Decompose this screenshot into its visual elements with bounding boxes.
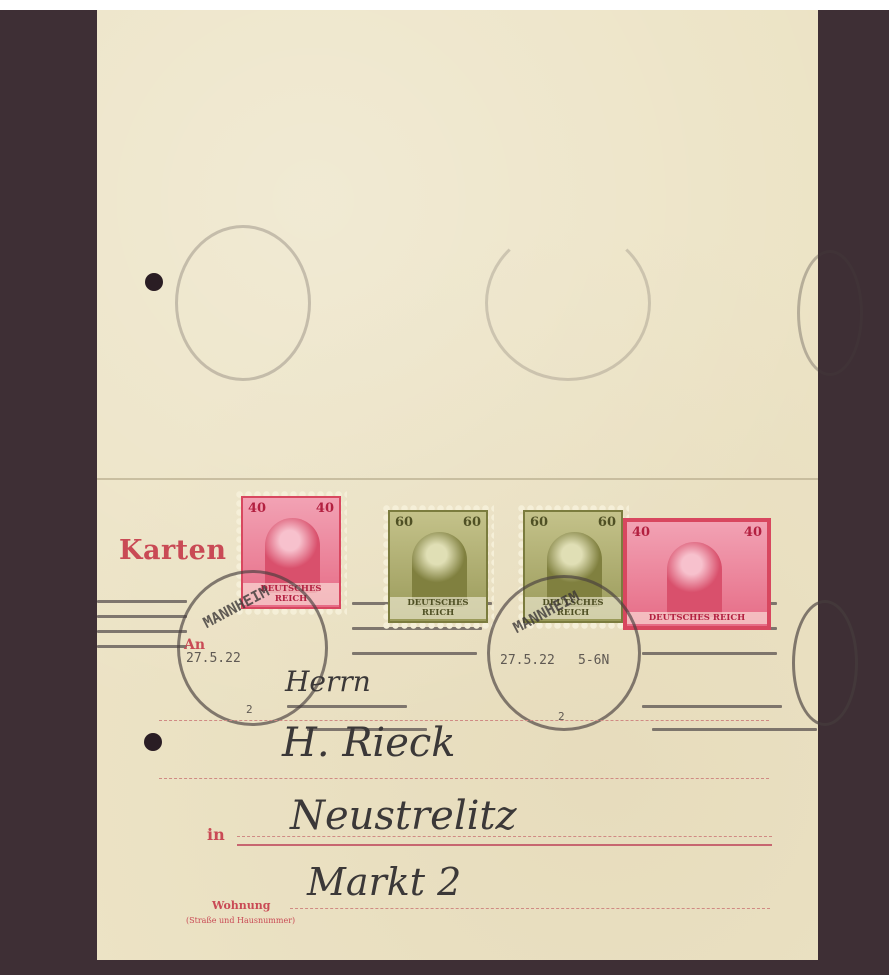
germania-portrait-icon [667, 542, 722, 617]
handwritten-salutation: Herrn [285, 665, 371, 698]
perforation-left [93, 10, 101, 960]
postmark-back-left [175, 225, 311, 381]
address-line-2 [159, 778, 769, 779]
residence-sublabel: (Straße und Hausnummer) [186, 916, 295, 925]
postmark-number: 2 [558, 710, 565, 723]
top-border [0, 0, 889, 10]
handwritten-name: H. Rieck [282, 720, 456, 766]
stamp-legend: DEUTSCHES REICH [627, 612, 767, 624]
postmark-back-right [797, 250, 863, 376]
punch-hole-top [145, 273, 163, 291]
cancel-bar [97, 630, 187, 633]
handwritten-street: Markt 2 [307, 860, 461, 904]
fold-line [97, 478, 818, 480]
perforation-bottom [97, 956, 818, 964]
letter-card: Karten 40 40 DEUTSCHES REICH 60 60 DEUTS… [97, 10, 818, 960]
stamp-value: 40 [632, 525, 650, 540]
stamp-value: 40 [744, 525, 762, 540]
stamp-value: 60 [463, 515, 481, 530]
cancel-bar [352, 652, 477, 655]
punch-hole-bottom [144, 733, 162, 751]
postmark-back-center [485, 225, 651, 381]
stamp-value: 60 [395, 515, 413, 530]
postmark-number: 2 [246, 703, 253, 716]
postmark-city: MANNHEIM [510, 587, 582, 637]
stamp-value: 60 [530, 515, 548, 530]
cancel-bar [97, 615, 187, 618]
postmark-city: MANNHEIM [200, 582, 272, 632]
stamp-60-olive: 60 60 DEUTSCHES REICH [382, 504, 494, 629]
postmark-time: 5-6N [578, 653, 609, 668]
card-title: Karten [119, 535, 226, 566]
germania-portrait-icon [412, 532, 467, 607]
stamp-value: 40 [248, 501, 266, 516]
residence-line [290, 908, 770, 909]
postmark-edge-right [792, 600, 858, 726]
postmark-date: 27.5.22 [500, 653, 555, 668]
cancel-bar [287, 705, 407, 708]
stamp-value: 60 [598, 515, 616, 530]
city-underline [237, 844, 772, 846]
cancel-bar [97, 645, 187, 648]
city-prefix-label: in [207, 825, 225, 844]
stamp-value: 40 [316, 501, 334, 516]
stamp-legend: DEUTSCHES REICH [390, 597, 486, 619]
residence-label: Wohnung [212, 899, 270, 912]
cancel-bar [97, 600, 187, 603]
cancel-bar [652, 728, 817, 731]
handwritten-city: Neustrelitz [290, 793, 517, 839]
postmark-right: MANNHEIM 27.5.22 5-6N 2 [487, 575, 641, 731]
address-line-1 [159, 720, 769, 721]
perforation-right [814, 10, 822, 960]
cancel-bar [642, 652, 777, 655]
address-prefix-label: An [184, 637, 205, 653]
cancel-bar [642, 705, 782, 708]
imprinted-stamp-40: 40 40 DEUTSCHES REICH [623, 518, 771, 630]
postmark-date: 27.5.22 [186, 651, 241, 666]
